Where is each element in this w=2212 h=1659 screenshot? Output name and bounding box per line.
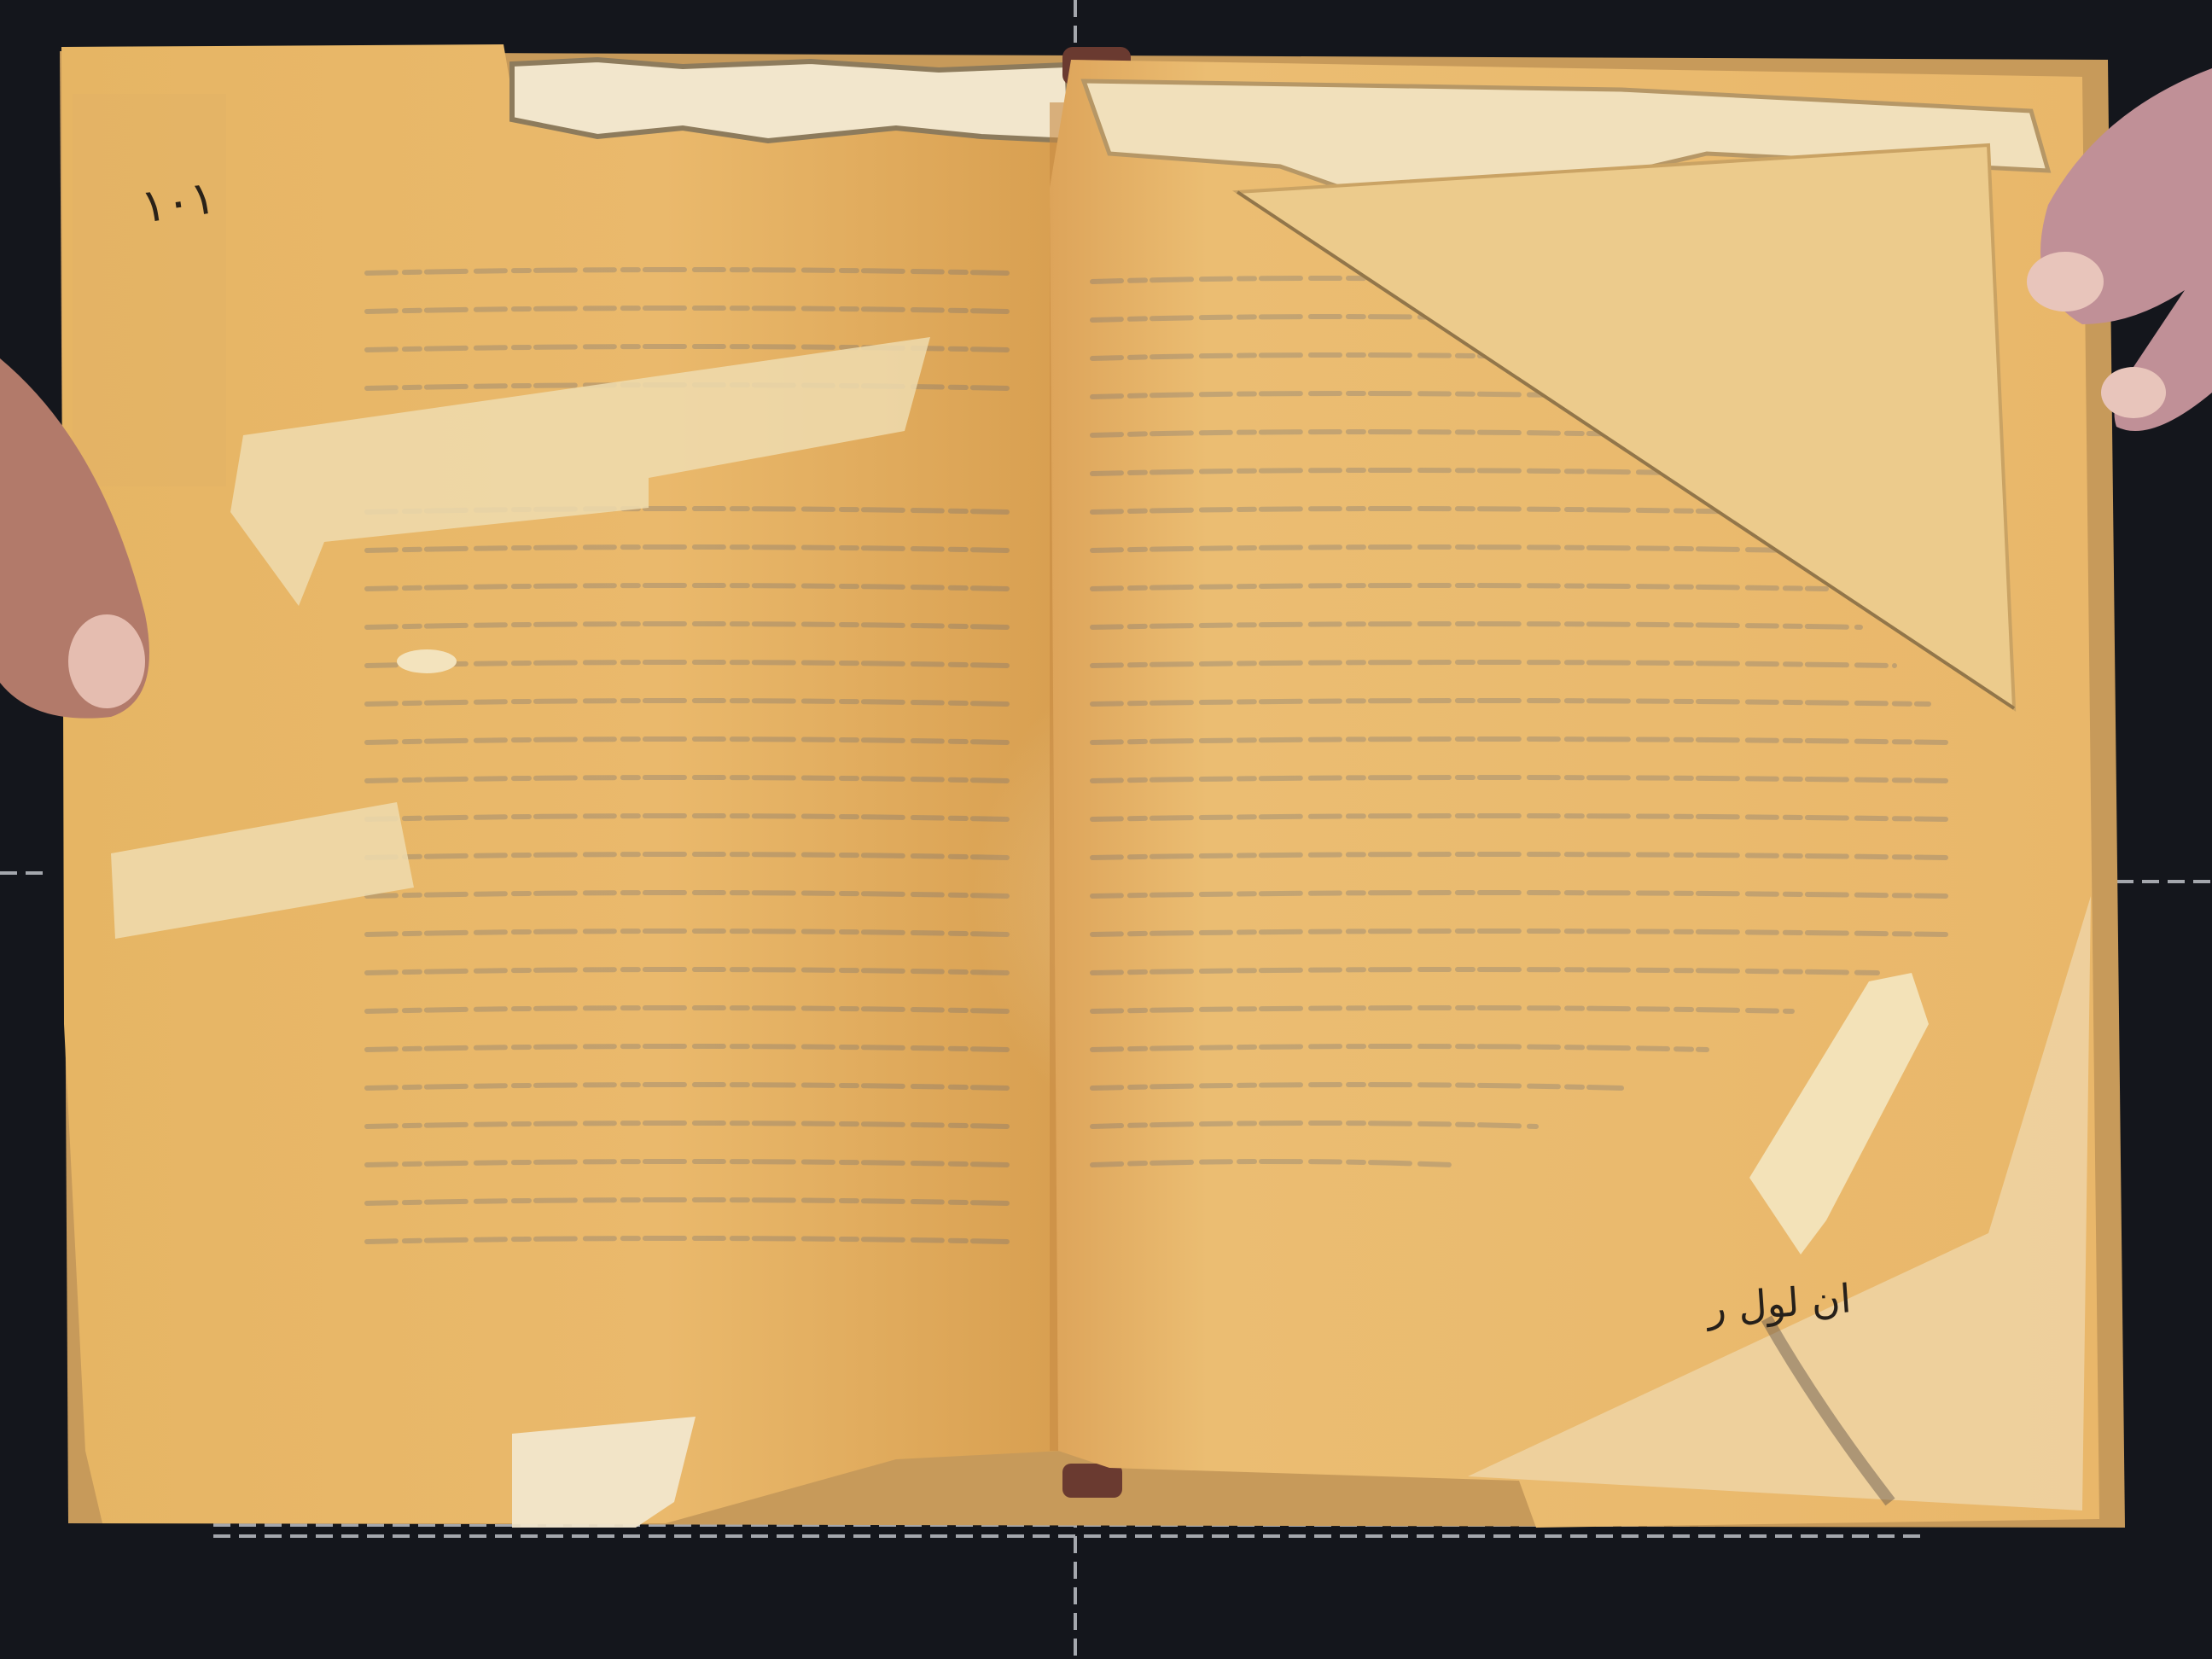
right-fingernail-bottom — [2101, 367, 2166, 418]
manuscript-photo — [0, 0, 2212, 1659]
paper-blemish — [397, 649, 457, 673]
left-thumbnail — [68, 614, 145, 708]
spine-leather-bottom — [1062, 1464, 1122, 1498]
left-margin-strip — [73, 94, 226, 486]
folio-number: ١٠١ — [137, 170, 218, 233]
right-fingernail-top — [2027, 252, 2104, 311]
left-torn-top-edge — [512, 60, 1071, 141]
